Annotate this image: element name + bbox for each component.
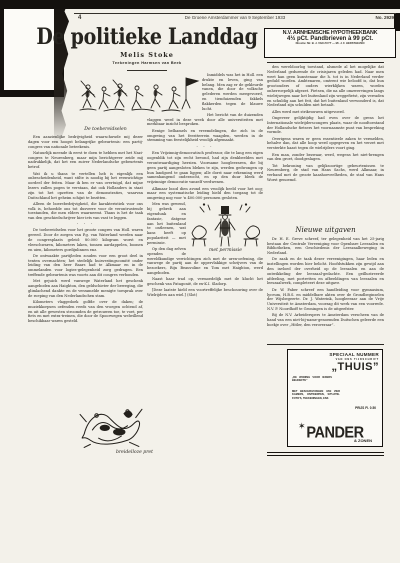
- paragraph: Tot bekroning van gelijksoortige gebeurt…: [267, 164, 384, 183]
- officer-illustration: [188, 203, 262, 249]
- masthead-rule: [74, 13, 396, 14]
- paragraph: De zaak en de taak dezer vereenigingen, …: [267, 257, 384, 286]
- wrapped-figure-block: met permissie Men was gewend, bij gebrek…: [147, 202, 263, 298]
- paragraph-group: Een aanzienlijke bedrijvigheid waarschuw…: [28, 135, 143, 221]
- paragraph: Ongeveer gelijktijdig had even over de g…: [267, 116, 384, 135]
- paragraph: Een aanzienlijke bedrijvigheid waarschuw…: [28, 135, 143, 149]
- article-title: De politieke Landdag: [28, 24, 266, 50]
- paragraph: Natuurlijk meende ik eerst te doen te he…: [28, 151, 143, 170]
- figure-caption-preparations: De toebereidselen: [68, 128, 143, 133]
- paragraph: Een Vrijzinnig-democratisch professor, d…: [147, 151, 263, 185]
- paragraph: Naast haar trad op, vermoedelijk met de …: [147, 277, 263, 287]
- illustration-credit: Teekeningen Harmsen van Beek: [28, 61, 266, 65]
- paragraph: Overigens waren er geen essentieele zake…: [267, 137, 384, 151]
- thuis-title: „THUIS”: [291, 362, 379, 373]
- paragraph: Eenige belhamels en vreemdelingen, die z…: [147, 129, 263, 143]
- thuis-body-text: MET BESCHRIJVINGEN VAN VIER KAMERS, ONTW…: [292, 390, 340, 400]
- paragraph: Met gejuich werd vanwege Waterland het g…: [28, 279, 143, 298]
- section-separator: · · ·: [28, 223, 143, 228]
- paragraph: Dr. H. E. Greve schreef, ter gelegenheid…: [267, 237, 384, 256]
- marching-crowd-illustration: [74, 72, 200, 114]
- thuis-left-note: „DE WONING VOOR IEDERS BEHOEFTE”: [292, 376, 332, 383]
- issue-number: No. 2929: [375, 15, 394, 20]
- scan-top-edge: [0, 0, 400, 9]
- paragraph: Bij de N.V. Arbeiderspers te Amsterdam v…: [267, 313, 384, 327]
- paragraph: Dr. W. Faber schreef een handleiding voo…: [267, 288, 384, 312]
- paragraph: De toebereidselen voor het groote congre…: [28, 228, 143, 252]
- thuis-price: PRIJS Fl. 0.50: [355, 406, 376, 411]
- paragraph: Een man, zonder bezwaar, werd, wegens he…: [267, 153, 384, 163]
- paragraph: [Deze laatste hield een voortreffelijke …: [147, 288, 263, 298]
- article-author: Melis Stoke: [28, 51, 266, 59]
- pander-brand-name: PANDER: [290, 426, 380, 440]
- masthead-title: De Groene Amsterdammer van 9 September 1…: [74, 15, 396, 20]
- figure-caption-permission: met permissie: [188, 249, 263, 254]
- bank-ad-directors: Directie: Mr. B. J. VAN ZUYT — Mr. J. F.…: [265, 42, 395, 45]
- paragraph-group: Een Vrijzinnig-democratisch professor, d…: [147, 151, 263, 200]
- column-1: De toebereidselen Een aanzienlijke bedri…: [28, 75, 143, 547]
- newspaper-scan-page: { "page": { "number": "4", "masthead": "…: [0, 0, 400, 563]
- thuis-advertisement: SPECIAAL NUMMER VAN ONS TIJDSCHRIFT „THU…: [287, 349, 383, 447]
- paragraph: Alkmaar bood dien avond een vroolijk bee…: [147, 187, 263, 201]
- ad-separator-rule: [267, 344, 384, 345]
- paragraph: Kilometers vlaggedoek golfde over de dak…: [28, 300, 143, 324]
- paragraph: Alles werd met strikvouwen uitgevoerd.: [267, 110, 384, 115]
- column-3-top-rule: [267, 62, 384, 63]
- section-heading-new-publications: Nieuwe uitgaven: [267, 228, 384, 233]
- paragraph: Wat ik u thans te vertellen heb is eigen…: [28, 172, 143, 201]
- pander-logo: ✶ PANDER & ZONEN: [290, 427, 380, 444]
- column-1-text: Een aanzienlijke bedrijvigheid waarschuw…: [28, 135, 143, 393]
- figure-caption-fun: breidelloze pret: [58, 451, 153, 456]
- brawl-scrum-illustration: [78, 399, 144, 449]
- paragraph-group: Dr. H. E. Greve schreef, ter gelegenheid…: [267, 237, 384, 341]
- section-separator: · · ·: [147, 146, 263, 151]
- column-3: den wereldoorlog toestand, alsmede al he…: [267, 62, 384, 456]
- column-2: Inmiddels was het in Holl. een drukte en…: [147, 73, 263, 469]
- figure-officer: met permissie: [188, 203, 263, 254]
- credit-rule: [127, 70, 167, 71]
- paragraph: den wereldoorlog toestand, alsmede al he…: [267, 65, 384, 108]
- paragraph-group: den wereldoorlog toestand, alsmede al he…: [267, 65, 384, 225]
- bank-advertisement: N.V. ARNHEMSCHE HYPOTHEEKBANK 4½ pCt. Pa…: [264, 28, 396, 58]
- paragraph: De ontwaakte partijleden zouden voor een…: [28, 254, 143, 278]
- bottom-double-rule: [267, 452, 384, 457]
- paragraph-group: De toebereidselen voor het groote congre…: [28, 228, 143, 324]
- paragraph: Alleen de boerebedrijvigheid, die karakt…: [28, 202, 143, 221]
- paragraph: Het bericht van de duizenden vlaggen wer…: [147, 113, 263, 127]
